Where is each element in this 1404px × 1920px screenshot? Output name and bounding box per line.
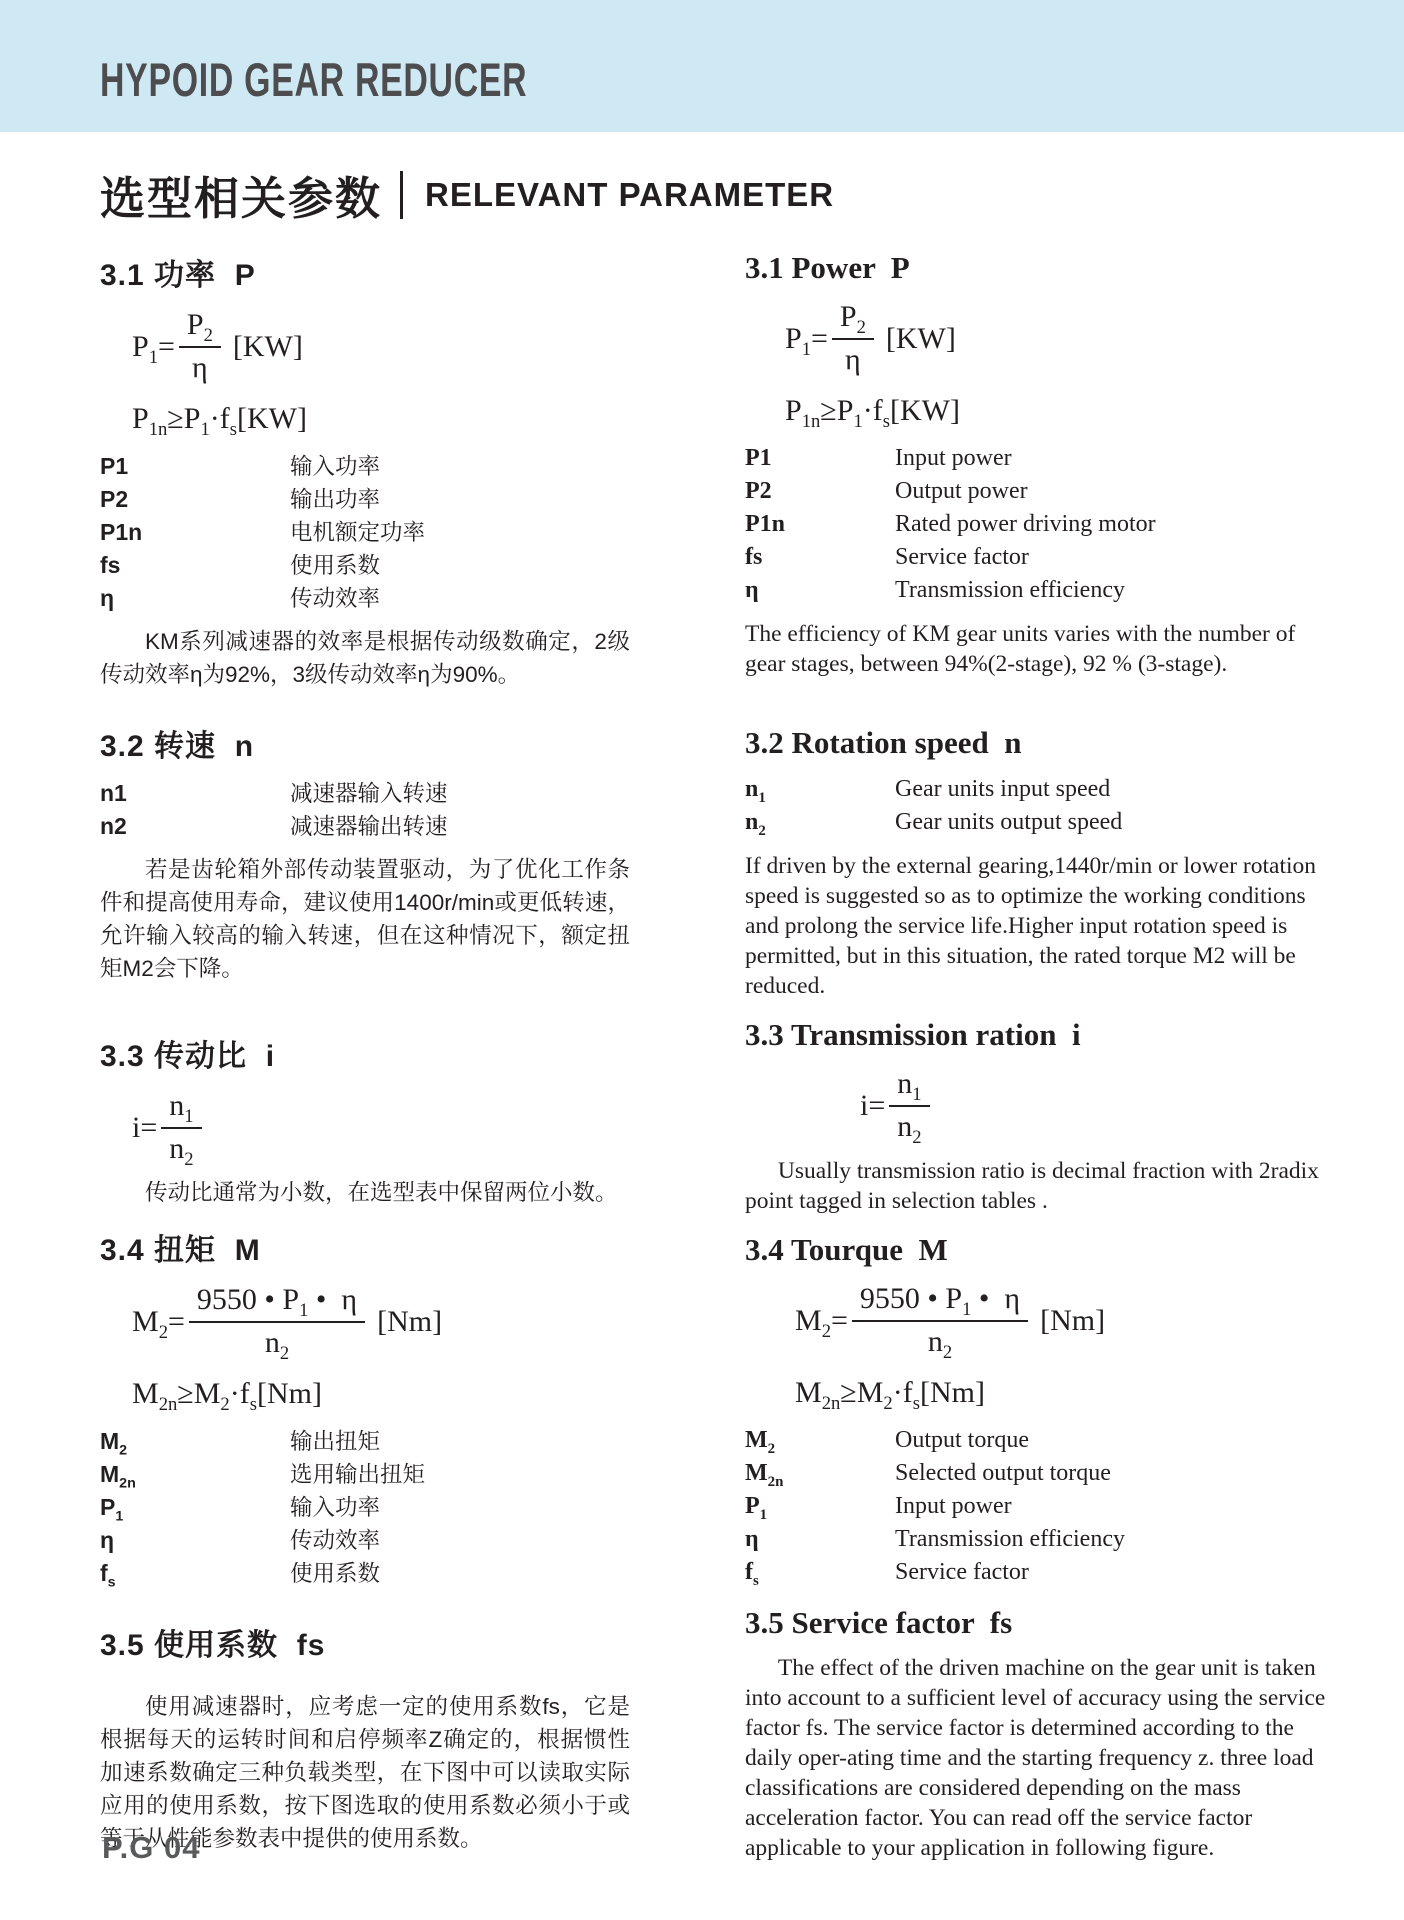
symbol: M2n xyxy=(100,1458,290,1491)
symbol: η xyxy=(100,582,290,615)
symbol: η xyxy=(100,1524,290,1557)
definition-row: fs Service factor xyxy=(745,541,1330,574)
section-3-1-en: 3.1 Power P P1= P2 η [KW] P1n≥P1·fs[KW] … xyxy=(745,250,1330,679)
section-3-5-en: 3.5 Service factor fs The effect of the … xyxy=(745,1605,1330,1863)
definition-row: P1n Rated power driving motor xyxy=(745,508,1330,541)
formula-lhs: i= xyxy=(132,1111,157,1145)
formula-p1n-zh: P1n≥P1·fs[KW] xyxy=(132,399,630,438)
symbol-definition: Input power xyxy=(895,1490,1012,1523)
formula-m2n-zh: M2n≥M2·fs[Nm] xyxy=(132,1374,630,1413)
chinese-column: 3.1 功率 P P1= P2 η [KW] P1n≥P1·fs[KW] P1 … xyxy=(100,250,630,1855)
section-3-2-zh: 3.2 转速 n n1 减速器输入转速 n2 减速器输出转速 若是齿轮箱外部传动… xyxy=(100,721,630,985)
definition-row: fs 使用系数 xyxy=(100,549,630,582)
symbol-definition: Gear units input speed xyxy=(895,773,1110,806)
symbol-definitions-power-zh: P1 输入功率 P2 输出功率 P1n 电机额定功率 fs 使用系数 xyxy=(100,450,630,615)
symbol-definition: 输入功率 xyxy=(290,1491,380,1524)
formula-unit: [Nm] xyxy=(377,1305,442,1339)
fraction-numerator: P2 xyxy=(179,308,221,348)
formula-ratio-zh: i= n1 n2 xyxy=(132,1089,630,1166)
fraction-numerator: n1 xyxy=(889,1067,929,1107)
page-title-en: RELEVANT PARAMETER xyxy=(425,176,834,214)
paragraph-service-factor-en: The effect of the driven machine on the … xyxy=(745,1653,1330,1863)
formula-lhs: i= xyxy=(860,1089,885,1123)
symbol-definition: 选用输出扭矩 xyxy=(290,1458,425,1491)
fraction: 9550 • P1 • η n2 xyxy=(189,1283,365,1360)
formula-lhs: P1= xyxy=(785,322,828,356)
symbol-definitions-torque-en: M2 Output torque M2n Selected output tor… xyxy=(745,1424,1330,1589)
symbol: P1 xyxy=(100,1491,290,1524)
symbol: n2 xyxy=(100,810,290,843)
definition-row: P1n 电机额定功率 xyxy=(100,516,630,549)
definition-row: P1 Input power xyxy=(745,442,1330,475)
section-heading-service-factor-zh: 3.5 使用系数 fs xyxy=(100,1620,630,1664)
symbol: M2 xyxy=(745,1424,895,1457)
fraction-denominator: n2 xyxy=(265,1323,289,1361)
formula-m2n-en: M2n≥M2·fs[Nm] xyxy=(795,1373,1330,1412)
fraction-numerator: P2 xyxy=(832,300,874,340)
symbol: P1 xyxy=(100,450,290,483)
definition-row: n1 Gear units input speed xyxy=(745,773,1330,806)
symbol: P1n xyxy=(100,516,290,549)
section-3-2-en: 3.2 Rotation speed n n1 Gear units input… xyxy=(745,725,1330,1001)
symbol-definition: 使用系数 xyxy=(290,549,380,582)
content-columns: 3.1 功率 P P1= P2 η [KW] P1n≥P1·fs[KW] P1 … xyxy=(100,250,1340,1863)
section-heading-torque-en: 3.4 Tourque M xyxy=(745,1232,1330,1268)
symbol-definition: Service factor xyxy=(895,1556,1029,1589)
fraction: P2 η xyxy=(832,300,874,377)
symbol: η xyxy=(745,574,895,607)
paragraph-efficiency-zh: KM系列减速器的效率是根据传动级数确定，2级传动效率η为92%，3级传动效率η为… xyxy=(100,625,630,691)
section-heading-service-factor-en: 3.5 Service factor fs xyxy=(745,1605,1330,1641)
definition-row: M2 输出扭矩 xyxy=(100,1425,630,1458)
definition-row: η 传动效率 xyxy=(100,582,630,615)
formula-p1-en: P1= P2 η [KW] xyxy=(785,300,1330,377)
symbol-definition: Input power xyxy=(895,442,1012,475)
symbol-definition: 使用系数 xyxy=(290,1557,380,1590)
fraction: n1 n2 xyxy=(889,1067,929,1144)
fraction-denominator: η xyxy=(192,348,208,386)
paragraph-efficiency-en: The efficiency of KM gear units varies w… xyxy=(745,619,1330,679)
header-band: HYPOID GEAR REDUCER xyxy=(0,0,1404,132)
section-heading-ratio-zh: 3.3 传动比 i xyxy=(100,1031,630,1075)
section-3-3-en: 3.3 Transmission ration i i= n1 n2 Usual… xyxy=(745,1017,1330,1216)
symbol: fs xyxy=(100,1557,290,1590)
symbol: n1 xyxy=(745,773,895,806)
symbol: P2 xyxy=(100,483,290,516)
symbol-definitions-speed-en: n1 Gear units input speed n2 Gear units … xyxy=(745,773,1330,839)
page-title: 选型相关参数 RELEVANT PARAMETER xyxy=(100,162,834,227)
section-heading-torque-zh: 3.4 扭矩 M xyxy=(100,1225,630,1269)
symbol-definition: Rated power driving motor xyxy=(895,508,1156,541)
symbol-definition: Output torque xyxy=(895,1424,1029,1457)
fraction-numerator: 9550 • P1 • η xyxy=(852,1282,1028,1322)
symbol-definition: 电机额定功率 xyxy=(290,516,425,549)
definition-row: M2n Selected output torque xyxy=(745,1457,1330,1490)
paragraph-speed-en: If driven by the external gearing,1440r/… xyxy=(745,851,1330,1001)
definition-row: P1 输入功率 xyxy=(100,1491,630,1524)
formula-unit: [KW] xyxy=(233,330,303,364)
definition-row: η Transmission efficiency xyxy=(745,574,1330,607)
section-heading-power-en: 3.1 Power P xyxy=(745,250,1330,286)
formula-m2-zh: M2= 9550 • P1 • η n2 [Nm] xyxy=(132,1283,630,1360)
symbol: M2 xyxy=(100,1425,290,1458)
symbol-definition: Selected output torque xyxy=(895,1457,1111,1490)
symbol-definition: Output power xyxy=(895,475,1028,508)
symbol-definition: Gear units output speed xyxy=(895,806,1122,839)
definition-row: fs Service factor xyxy=(745,1556,1330,1589)
formula-unit: [Nm] xyxy=(1040,1304,1105,1338)
symbol: n2 xyxy=(745,806,895,839)
symbol-definitions-torque-zh: M2 输出扭矩 M2n 选用输出扭矩 P1 输入功率 η 传动效率 xyxy=(100,1425,630,1590)
definition-row: M2 Output torque xyxy=(745,1424,1330,1457)
definition-row: n2 Gear units output speed xyxy=(745,806,1330,839)
paragraph-ratio-en: Usually transmission ratio is decimal fr… xyxy=(745,1156,1330,1216)
definition-row: M2n 选用输出扭矩 xyxy=(100,1458,630,1491)
formula-p1n-en: P1n≥P1·fs[KW] xyxy=(785,391,1330,430)
symbol: M2n xyxy=(745,1457,895,1490)
symbol-definitions-speed-zh: n1 减速器输入转速 n2 减速器输出转速 xyxy=(100,777,630,843)
page-number: P.G 04 xyxy=(102,1830,201,1866)
definition-row: fs 使用系数 xyxy=(100,1557,630,1590)
fraction-numerator: 9550 • P1 • η xyxy=(189,1283,365,1323)
definition-row: η Transmission efficiency xyxy=(745,1523,1330,1556)
symbol-definition: 传动效率 xyxy=(290,1524,380,1557)
formula-lhs: P1= xyxy=(132,330,175,364)
symbol: P1 xyxy=(745,1490,895,1523)
definition-row: n2 减速器输出转速 xyxy=(100,810,630,843)
fraction-numerator: n1 xyxy=(161,1089,201,1129)
page-title-zh: 选型相关参数 xyxy=(100,162,382,227)
english-column: 3.1 Power P P1= P2 η [KW] P1n≥P1·fs[KW] … xyxy=(745,250,1330,1863)
formula-lhs: M2= xyxy=(132,1305,185,1339)
section-3-4-zh: 3.4 扭矩 M M2= 9550 • P1 • η n2 [Nm] M2n≥M… xyxy=(100,1225,630,1590)
formula-p1-zh: P1= P2 η [KW] xyxy=(132,308,630,385)
section-heading-speed-zh: 3.2 转速 n xyxy=(100,721,630,765)
definition-row: P1 Input power xyxy=(745,1490,1330,1523)
symbol-definitions-power-en: P1 Input power P2 Output power P1n Rated… xyxy=(745,442,1330,607)
fraction-denominator: η xyxy=(845,340,861,378)
brand-title: HYPOID GEAR REDUCER xyxy=(100,52,527,107)
fraction-denominator: n2 xyxy=(928,1322,952,1360)
symbol-definition: Transmission efficiency xyxy=(895,1523,1125,1556)
fraction: n1 n2 xyxy=(161,1089,201,1166)
symbol-definition: 减速器输出转速 xyxy=(290,810,448,843)
definition-row: P1 输入功率 xyxy=(100,450,630,483)
symbol-definition: 传动效率 xyxy=(290,582,380,615)
catalog-page: HYPOID GEAR REDUCER 选型相关参数 RELEVANT PARA… xyxy=(0,0,1404,1920)
section-3-4-en: 3.4 Tourque M M2= 9550 • P1 • η n2 [Nm] … xyxy=(745,1232,1330,1589)
formula-m2-en: M2= 9550 • P1 • η n2 [Nm] xyxy=(795,1282,1330,1359)
formula-unit: [KW] xyxy=(886,322,956,356)
title-divider xyxy=(400,171,403,219)
fraction: 9550 • P1 • η n2 xyxy=(852,1282,1028,1359)
definition-row: P2 输出功率 xyxy=(100,483,630,516)
definition-row: η 传动效率 xyxy=(100,1524,630,1557)
symbol-definition: 输出扭矩 xyxy=(290,1425,380,1458)
section-heading-power-zh: 3.1 功率 P xyxy=(100,250,630,294)
fraction-denominator: n2 xyxy=(169,1129,193,1167)
section-heading-speed-en: 3.2 Rotation speed n xyxy=(745,725,1330,761)
symbol: P2 xyxy=(745,475,895,508)
symbol: P1n xyxy=(745,508,895,541)
paragraph-ratio-zh: 传动比通常为小数，在选型表中保留两位小数。 xyxy=(100,1176,630,1209)
symbol: n1 xyxy=(100,777,290,810)
symbol-definition: Service factor xyxy=(895,541,1029,574)
section-heading-ratio-en: 3.3 Transmission ration i xyxy=(745,1017,1330,1053)
symbol-definition: 输出功率 xyxy=(290,483,380,516)
fraction-denominator: n2 xyxy=(897,1107,921,1145)
symbol-definition: 输入功率 xyxy=(290,450,380,483)
symbol: fs xyxy=(745,1556,895,1589)
formula-ratio-en: i= n1 n2 xyxy=(860,1067,1330,1144)
symbol: fs xyxy=(745,541,895,574)
symbol: η xyxy=(745,1523,895,1556)
formula-lhs: M2= xyxy=(795,1304,848,1338)
symbol: fs xyxy=(100,549,290,582)
symbol-definition: Transmission efficiency xyxy=(895,574,1125,607)
fraction: P2 η xyxy=(179,308,221,385)
section-3-5-zh: 3.5 使用系数 fs 使用减速器时，应考虑一定的使用系数fs，它是根据每天的运… xyxy=(100,1620,630,1855)
symbol-definition: 减速器输入转速 xyxy=(290,777,448,810)
symbol: P1 xyxy=(745,442,895,475)
definition-row: P2 Output power xyxy=(745,475,1330,508)
paragraph-speed-zh: 若是齿轮箱外部传动装置驱动，为了优化工作条件和提高使用寿命，建议使用1400r/… xyxy=(100,853,630,985)
section-3-3-zh: 3.3 传动比 i i= n1 n2 传动比通常为小数，在选型表中保留两位小数。 xyxy=(100,1031,630,1209)
section-3-1-zh: 3.1 功率 P P1= P2 η [KW] P1n≥P1·fs[KW] P1 … xyxy=(100,250,630,691)
definition-row: n1 减速器输入转速 xyxy=(100,777,630,810)
